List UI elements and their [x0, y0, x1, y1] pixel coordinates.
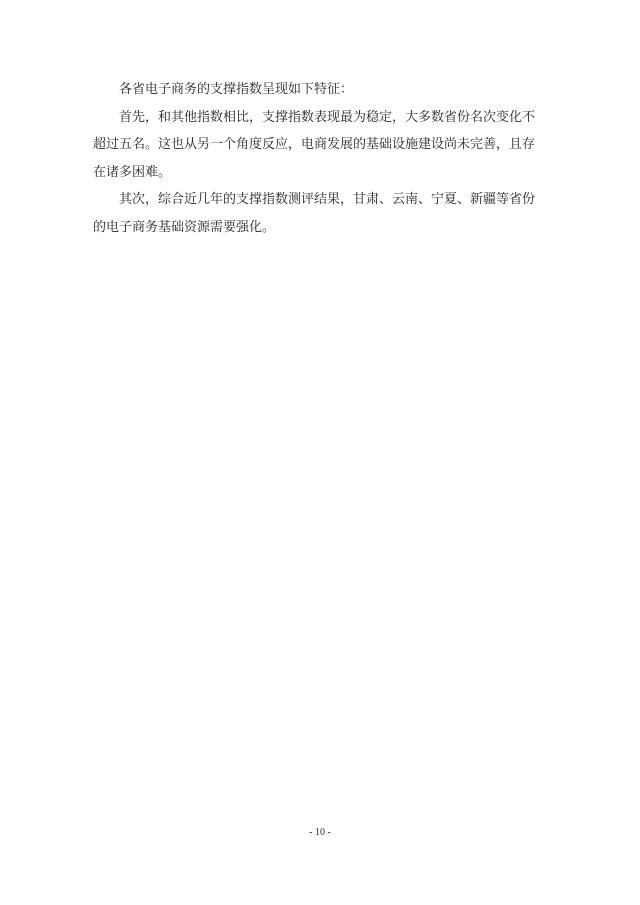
paragraph: 其次，综合近几年的支撑指数测评结果，甘肃、云南、宁夏、新疆等省份的电子商务基础资…: [93, 185, 535, 240]
body-text-block: 各省电子商务的支撑指数呈现如下特征： 首先，和其他指数相比，支撑指数表现最为稳定…: [93, 75, 535, 240]
paragraph: 首先，和其他指数相比，支撑指数表现最为稳定，大多数省份名次变化不超过五名。这也从…: [93, 103, 535, 186]
paragraph-heading: 各省电子商务的支撑指数呈现如下特征：: [93, 75, 535, 103]
document-page: 各省电子商务的支撑指数呈现如下特征： 首先，和其他指数相比，支撑指数表现最为稳定…: [0, 0, 640, 905]
page-number: - 10 -: [309, 827, 331, 838]
page-footer: - 10 -: [0, 827, 640, 839]
